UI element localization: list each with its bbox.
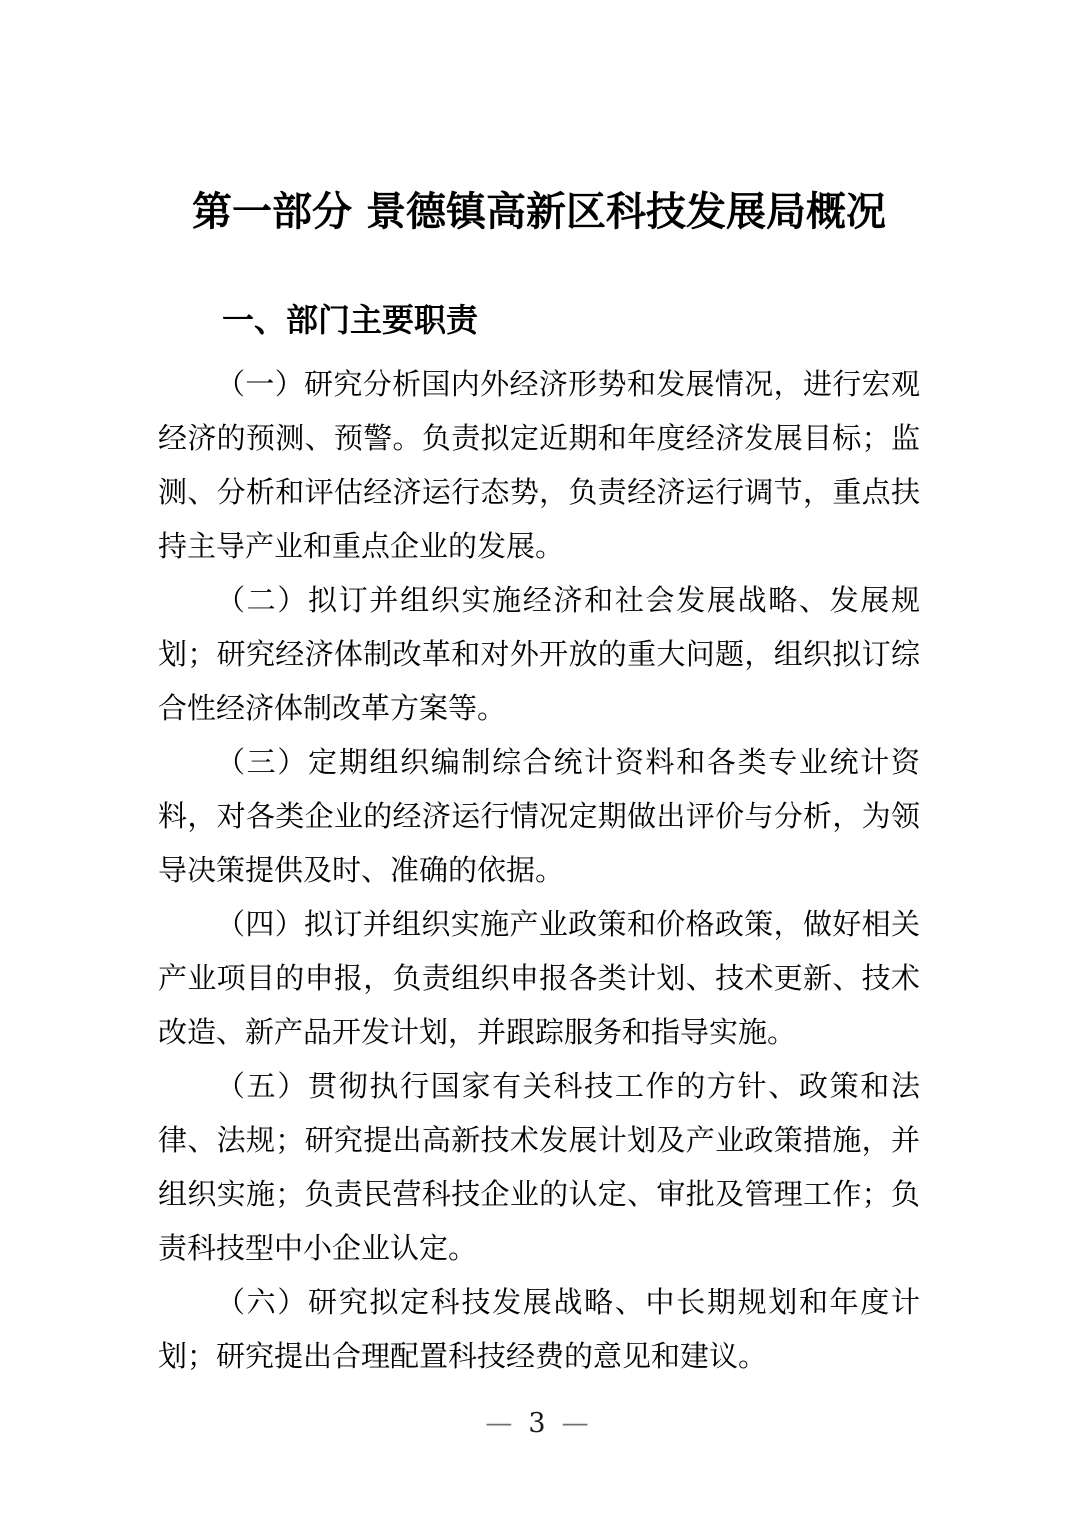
- footer-dash-right: —: [562, 1408, 589, 1439]
- section-heading: 一、部门主要职责: [158, 298, 920, 342]
- paragraph-3: （三）定期组织编制综合统计资料和各类专业统计资料，对各类企业的经济运行情况定期做…: [158, 736, 920, 898]
- body-text: （一）研究分析国内外经济形势和发展情况，进行宏观经济的预测、预警。负责拟定近期和…: [158, 358, 920, 1384]
- page-number: 3: [528, 1408, 545, 1439]
- paragraph-2: （二）拟订并组织实施经济和社会发展战略、发展规划；研究经济体制改革和对外开放的重…: [158, 574, 920, 736]
- paragraph-5: （五）贯彻执行国家有关科技工作的方针、政策和法律、法规；研究提出高新技术发展计划…: [158, 1060, 920, 1276]
- paragraph-4: （四）拟订并组织实施产业政策和价格政策，做好相关产业项目的申报，负责组织申报各类…: [158, 898, 920, 1060]
- page-content: 第一部分 景德镇高新区科技发展局概况 一、部门主要职责 （一）研究分析国内外经济…: [158, 0, 920, 1384]
- document-page: 第一部分 景德镇高新区科技发展局概况 一、部门主要职责 （一）研究分析国内外经济…: [0, 0, 1074, 1520]
- page-footer: —3—: [0, 1408, 1074, 1440]
- paragraph-1: （一）研究分析国内外经济形势和发展情况，进行宏观经济的预测、预警。负责拟定近期和…: [158, 358, 920, 574]
- footer-dash-left: —: [485, 1408, 512, 1439]
- page-title: 第一部分 景德镇高新区科技发展局概况: [158, 186, 920, 238]
- paragraph-6: （六）研究拟定科技发展战略、中长期规划和年度计划；研究提出合理配置科技经费的意见…: [158, 1276, 920, 1384]
